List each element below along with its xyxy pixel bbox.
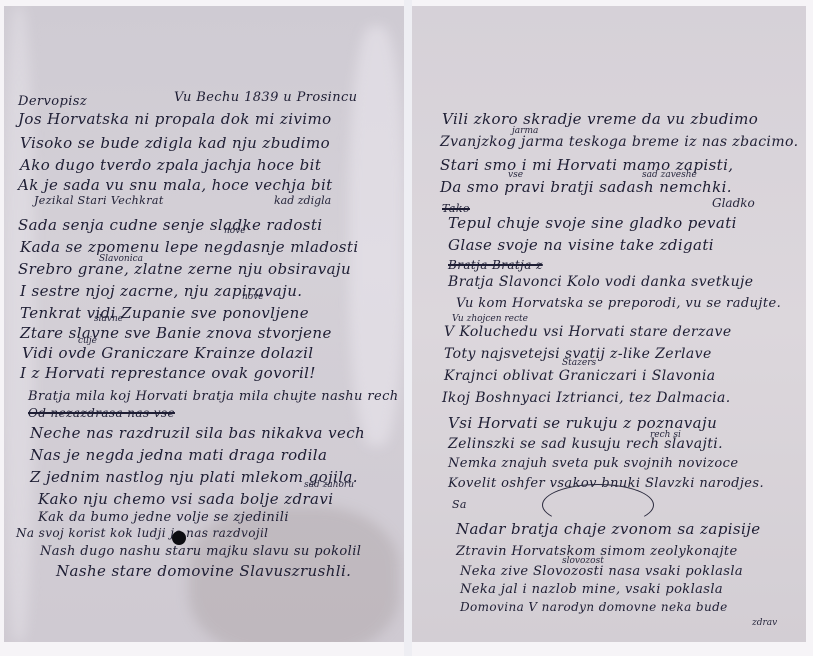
manuscript-line: Tenkrat vidi Zupanie sve ponovljene <box>20 304 309 322</box>
right-page: Vili zkoro skradje vreme da vu zbudimo j… <box>412 6 806 642</box>
manuscript-line: Neche nas razdruzil sila bas nikakva vec… <box>30 424 365 442</box>
manuscript-line: Glase svoje na visine take zdigati <box>448 236 714 254</box>
manuscript-line: Ztare slavne sve Banie znova stvorjene <box>20 324 332 342</box>
manuscript-line: Nas je negda jedna mati draga rodila <box>30 446 327 464</box>
manuscript-line: Da smo pravi bratji sadash nemchki. <box>440 178 732 196</box>
page-gutter <box>404 0 412 656</box>
manuscript-line: Nemka znajuh sveta puk svojnih novizoce <box>448 456 738 471</box>
manuscript-line: Sa <box>452 498 467 511</box>
interlinear-note: sad zahoru <box>304 480 354 490</box>
manuscript-line: Vu kom Horvatska se preporodi, vu se rad… <box>456 296 781 311</box>
manuscript-line: Na svoj korist kok ludji je nas razdvoji… <box>16 526 268 540</box>
manuscript-line: Neka zive Slovozosti nasa vsaki poklasla <box>460 564 743 579</box>
manuscript-line-struck: Jezikal Stari Vechkrat <box>34 194 164 207</box>
manuscript-line: Kak da bumo jedne volje se zjedinili <box>38 510 289 525</box>
interlinear-note: Vu zhojcen recte <box>452 314 528 324</box>
manuscript-line-struck: Od nezazdrasa nas vse <box>28 406 175 420</box>
manuscript-line: Tepul chuje svoje sine gladko pevati <box>448 214 737 232</box>
manuscript-line: Ak je sada vu snu mala, hoce vechja bit <box>18 176 333 194</box>
manuscript-line: Visoko se bude zdigla kad nju zbudimo <box>20 134 330 152</box>
manuscript-line: Srebro grane, zlatne zerne nju obsiravaj… <box>18 260 351 278</box>
left-page: Dervopisz Vu Bechu 1839 u Prosincu Jos H… <box>4 6 404 642</box>
manuscript-line: Nadar bratja chaje zvonom sa zapisije <box>456 520 761 538</box>
manuscript-line: Nash dugo nashu staru majku slavu su pok… <box>40 544 361 559</box>
interlinear-note: nove <box>242 292 264 302</box>
interlinear-note: zdrav <box>752 618 777 628</box>
manuscript-line: Nashe stare domovine Slavuszrushli. <box>56 562 351 580</box>
ink-blot <box>172 531 186 545</box>
manuscript-line: Sada senja cudne senje sladke radosti <box>18 216 322 234</box>
page-heading: Dervopisz <box>18 94 87 109</box>
interlinear-note: slavne <box>94 314 123 324</box>
manuscript-line: Bratja mila koj Horvati bratja mila chuj… <box>28 389 399 404</box>
manuscript-line: Bratja Slavonci Kolo vodi danka svetkuje <box>448 274 753 290</box>
manuscript-line: Ikoj Boshnyaci Iztrianci, tez Dalmacia. <box>442 390 731 406</box>
manuscript-line: Vidi ovde Graniczare Krainze dolazil <box>22 344 314 362</box>
manuscript-line: V Koluchedu vsi Horvati stare derzave <box>444 324 732 340</box>
manuscript-line: Zelinszki se sad kusuju rech slavajti. <box>448 436 723 452</box>
manuscript-line: Neka jal i nazlob mine, vsaki poklasla <box>460 582 723 597</box>
paper-fade-right <box>349 26 404 446</box>
manuscript-line: Zvanjzkog jarma teskoga breme iz nas zba… <box>440 134 798 150</box>
interlinear-note: nove <box>224 226 246 236</box>
manuscript-line: Jos Horvatska ni propala dok mi zivimo <box>18 110 332 128</box>
manuscript-line: Ako dugo tverdo zpala jachja hoce bit <box>20 156 321 174</box>
manuscript-spread: Dervopisz Vu Bechu 1839 u Prosincu Jos H… <box>0 0 813 656</box>
manuscript-line: Domovina V narodyn domovne neka bude <box>460 600 728 614</box>
interlinear-note: Gladko <box>712 196 755 210</box>
interlinear-note: kad zdigla <box>274 194 331 207</box>
manuscript-line: Kako nju chemo vsi sada bolje zdravi <box>38 490 333 508</box>
interlinear-note: Stazers <box>562 358 596 368</box>
manuscript-line-struck: Bratja Bratja z <box>448 258 543 272</box>
manuscript-line: Kada se zpomenu lepe negdasnje mladosti <box>20 238 359 256</box>
manuscript-line: Vili zkoro skradje vreme da vu zbudimo <box>442 110 758 128</box>
manuscript-line: Krajnci oblivat Graniczari i Slavonia <box>444 368 716 384</box>
manuscript-line: I z Horvati represtance ovak govoril! <box>20 364 316 382</box>
place-date: Vu Bechu 1839 u Prosincu <box>174 90 357 105</box>
